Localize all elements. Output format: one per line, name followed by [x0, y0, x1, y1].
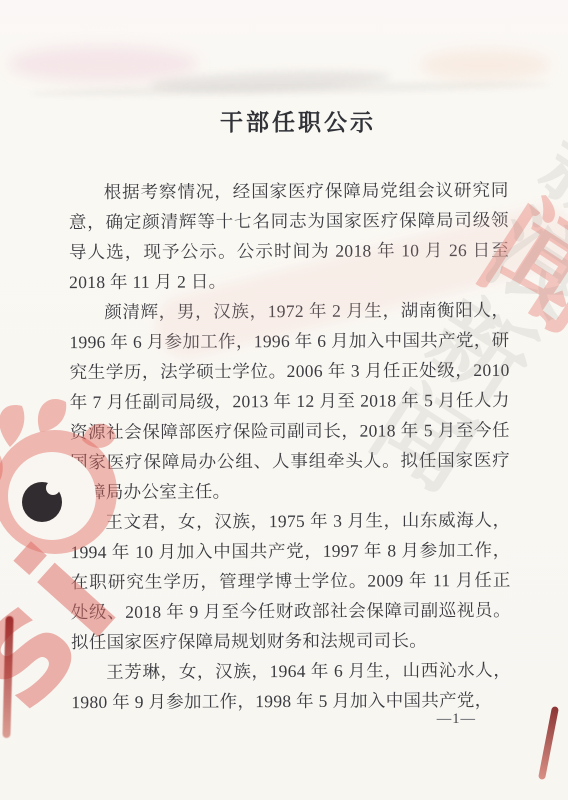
paragraph-wang-fanglin: 王芳琳，女，汉族，1964 年 6 月生，山西沁水人，1980 年 9 月参加工…	[71, 655, 511, 717]
scanned-document-page: 干部任职公示 根据考察情况，经国家医疗保障局党组会议研究同意，确定颜清辉等十七名…	[0, 0, 568, 800]
paragraph-intro: 根据考察情况，经国家医疗保障局党组会议研究同意，确定颜清辉等十七名同志为国家医疗…	[69, 175, 510, 297]
scan-smudge-pink-left	[8, 46, 198, 82]
paragraph-yan-qinghui: 颜清辉，男，汉族，1972 年 2 月生，湖南衡阳人，1996 年 6 月参加工…	[69, 295, 510, 507]
paragraph-wang-wenjun: 王文君，女，汉族，1975 年 3 月生，山东威海人，1994 年 10 月加入…	[70, 505, 511, 657]
red-pen-mark-bottom-right	[538, 706, 559, 780]
document-body: 根据考察情况，经国家医疗保障局党组会议研究同意，确定颜清辉等十七名同志为国家医疗…	[69, 175, 512, 717]
scan-smudge-orange-right	[420, 50, 550, 80]
red-pen-mark-left-edge	[2, 616, 13, 738]
document-title: 干部任职公示	[220, 104, 376, 137]
page-number: —1—	[437, 711, 476, 728]
